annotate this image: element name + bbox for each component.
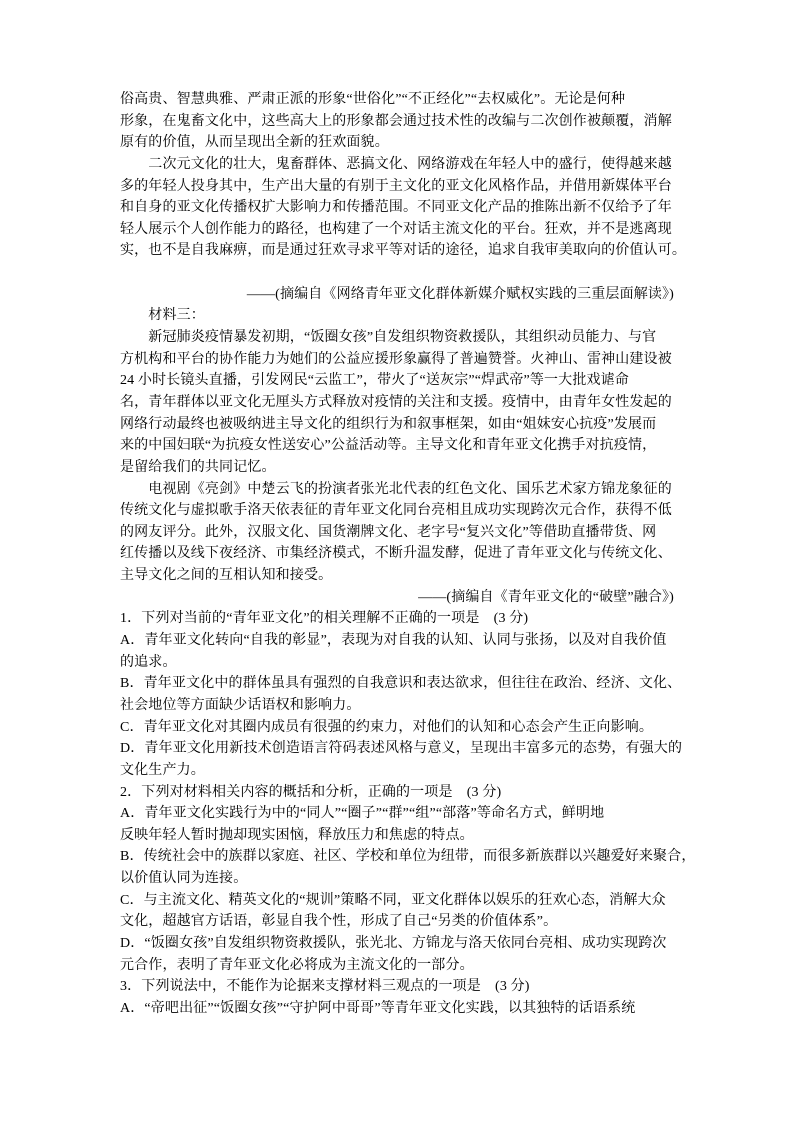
text-line: 反映年轻人暂时抛却现实困恼，释放压力和焦虑的特点。 [120, 825, 674, 847]
text-line: D．“饭圈女孩”自发组织物资救援队，张光北、方锦龙与洛天依同台亮相、成功实现跨次 [120, 933, 674, 955]
text-line: 俗高贵、智慧典雅、严肃正派的形象“世俗化”“不正经化”“去权威化”。无论是何种 [120, 89, 674, 111]
text-line: 方机构和平台的协作能力为她们的公益应援形象赢得了普遍赞誉。火神山、雷神山建设被 [120, 349, 674, 371]
text-line: 的网友评分。此外，汉服文化、国货潮牌文化、老字号“复兴文化”等借助直播带货、网 [120, 522, 674, 544]
text-line: 新冠肺炎疫情暴发初期，“饭圈女孩”自发组织物资救援队，其组织动员能力、与官 [120, 327, 674, 349]
text-line: 社会地位等方面缺少话语权和影响力。 [120, 695, 674, 717]
text-line: ——(摘编自《青年亚文化的“破壁”融合》) [120, 587, 674, 609]
text-line: 轻人展示个人创作能力的路径，也构建了一个对话主流文化的平台。狂欢，并不是逃离现 [120, 219, 674, 241]
text-line: 形象，在鬼畜文化中，这些高大上的形象都会通过技术性的改编与二次创作被颠覆，消解 [120, 111, 674, 133]
text-line: 实，也不是自我麻痹，而是通过狂欢寻求平等对话的途径，追求自我审美取向的价值认可。 [120, 240, 674, 262]
text-line: 网络行动最终也被吸纳进主导文化的组织行为和叙事框架，如由“姐妹安心抗疫”发展而 [120, 414, 674, 436]
blank-line [120, 262, 674, 284]
text-line: 元合作，表明了青年亚文化必将成为主流文化的一部分。 [120, 955, 674, 977]
text-line: 是留给我们的共同记忆。 [120, 457, 674, 479]
text-line: 红传播以及线下夜经济、市集经济模式，不断升温发酵，促进了青年亚文化与传统文化、 [120, 543, 674, 565]
text-line: 和自身的亚文化传播权扩大影响力和传播范围。不同亚文化产品的推陈出新不仅给予了年 [120, 197, 674, 219]
text-line: A．青年亚文化实践行为中的“同人”“圈子”“群”“组”“部落”等命名方式，鲜明地 [120, 803, 674, 825]
text-line: B．传统社会中的族群以家庭、社区、学校和单位为纽带，而很多新族群以兴趣爱好来聚合… [120, 846, 674, 868]
text-line: 二次元文化的壮大，鬼畜群体、恶搞文化、网络游戏在年轻人中的盛行，使得越来越 [120, 154, 674, 176]
text-line: 传统文化与虚拟歌手洛天依表征的青年亚文化同台亮相且成功实现跨次元合作，获得不低 [120, 500, 674, 522]
text-line: 24 小时长镜头直播，引发网民“云监工”，带火了“送灰宗”“焊武帝”等一大批戏谑… [120, 370, 674, 392]
text-line: 材料三： [120, 305, 674, 327]
text-line: A．“帝吧出征”“饭圈女孩”“守护阿中哥哥”等青年亚文化实践，以其独特的话语系统 [120, 998, 674, 1020]
text-line: C．与主流文化、精英文化的“规训”策略不同，亚文化群体以娱乐的狂欢心态，消解大众 [120, 890, 674, 912]
text-line: 文化生产力。 [120, 760, 674, 782]
text-line: D．青年亚文化用新技术创造语言符码表述风格与意义，呈现出丰富多元的态势，有强大的 [120, 738, 674, 760]
text-line: 文化，超越官方话语，彰显自我个性，形成了自己“另类的价值体系”。 [120, 911, 674, 933]
text-line: A．青年亚文化转向“自我的彰显”，表现为对自我的认知、认同与张扬，以及对自我价值 [120, 630, 674, 652]
text-line: 来的中国妇联“为抗疫女性送安心”公益活动等。主导文化和青年亚文化携手对抗疫情， [120, 435, 674, 457]
text-line: 的追求。 [120, 652, 674, 674]
text-line: C．青年亚文化对其圈内成员有很强的约束力，对他们的认知和心态会产生正向影响。 [120, 717, 674, 739]
text-line: B．青年亚文化中的群体虽具有强烈的自我意识和表达欲求，但往往在政治、经济、文化、 [120, 673, 674, 695]
text-line: 以价值认同为连接。 [120, 868, 674, 890]
text-line: 主导文化之间的互相认知和接受。 [120, 565, 674, 587]
document-page: 俗高贵、智慧典雅、严肃正派的形象“世俗化”“不正经化”“去权威化”。无论是何种形… [0, 0, 794, 1123]
text-line: 1．下列对当前的“青年亚文化”的相关理解不正确的一项是 (3 分) [120, 608, 674, 630]
text-line: 电视剧《亮剑》中楚云飞的扮演者张光北代表的红色文化、国乐艺术家方锦龙象征的 [120, 479, 674, 501]
text-line: 原有的价值，从而呈现出全新的狂欢面貌。 [120, 132, 674, 154]
text-line: 名，青年群体以亚文化无厘头方式释放对疫情的关注和支援。疫情中，由青年女性发起的 [120, 392, 674, 414]
text-line: 2．下列对材料相关内容的概括和分析，正确的一项是 (3 分) [120, 782, 674, 804]
document-body: 俗高贵、智慧典雅、严肃正派的形象“世俗化”“不正经化”“去权威化”。无论是何种形… [120, 89, 674, 1020]
text-line: 多的年轻人投身其中，生产出大量的有别于主文化的亚文化风格作品，并借用新媒体平台 [120, 176, 674, 198]
text-line: ——(摘编自《网络青年亚文化群体新媒介赋权实践的三重层面解读》) [120, 284, 674, 306]
text-line: 3．下列说法中，不能作为论据来支撑材料三观点的一项是 (3 分) [120, 976, 674, 998]
